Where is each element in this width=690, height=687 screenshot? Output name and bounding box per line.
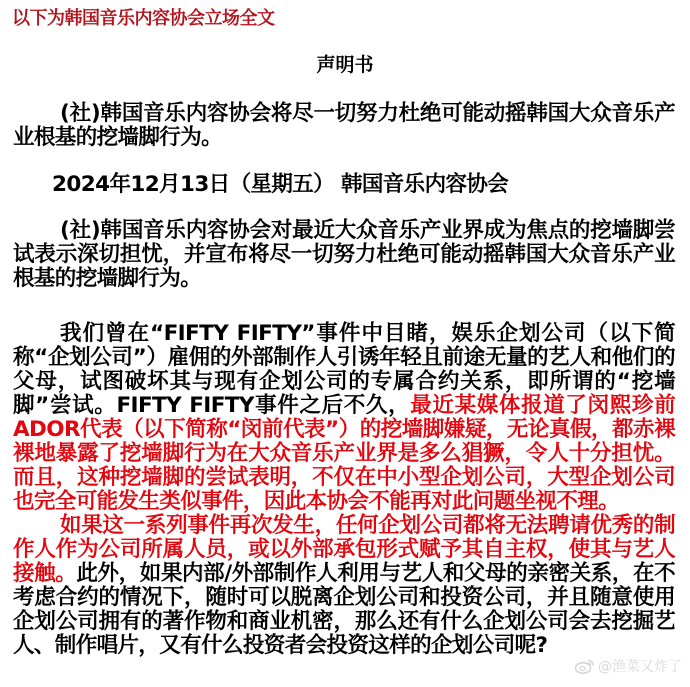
paragraph-concern-text: (社)韩国音乐内容协会对最近大众音乐产业界成为焦点的挖墙脚尝试表示深切担忧，并宣…	[13, 218, 675, 291]
page-title: 以下为韩国音乐内容协会立场全文	[12, 6, 275, 32]
watermark: @渔菜又炸了	[575, 656, 682, 676]
paragraph-concern: (社)韩国音乐内容协会对最近大众音乐产业界成为焦点的挖墙脚尝试表示深切担忧，并宣…	[13, 219, 675, 291]
watermark-text: @渔菜又炸了	[598, 656, 682, 676]
paragraph-consequences-text: 此外，如果内部/外部制作人利用与艺人和父母的亲密关系，在不考虑合约的情况下，随时…	[13, 561, 675, 658]
paragraph-consequences: 如果这一系列事件再次发生，任何企划公司都将无法聘请优秀的制作人作为公司所属人员，…	[13, 514, 675, 658]
weibo-icon	[575, 658, 595, 674]
paragraph-intro-text: (社)韩国音乐内容协会将尽一切努力杜绝可能动摇韩国大众音乐产业根基的挖墙脚行为。	[13, 101, 675, 150]
paragraph-intro: (社)韩国音乐内容协会将尽一切努力杜绝可能动摇韩国大众音乐产业根基的挖墙脚行为。	[13, 102, 675, 150]
statement-date-line: 2024年12月13日（星期五） 韩国音乐内容协会	[52, 172, 508, 198]
statement-heading: 声明书	[0, 52, 690, 78]
paragraph-fifty-fifty: 我们曾在“FIFTY FIFTY”事件中目睹，娱乐企划公司（以下简称“企划公司”…	[13, 322, 675, 514]
